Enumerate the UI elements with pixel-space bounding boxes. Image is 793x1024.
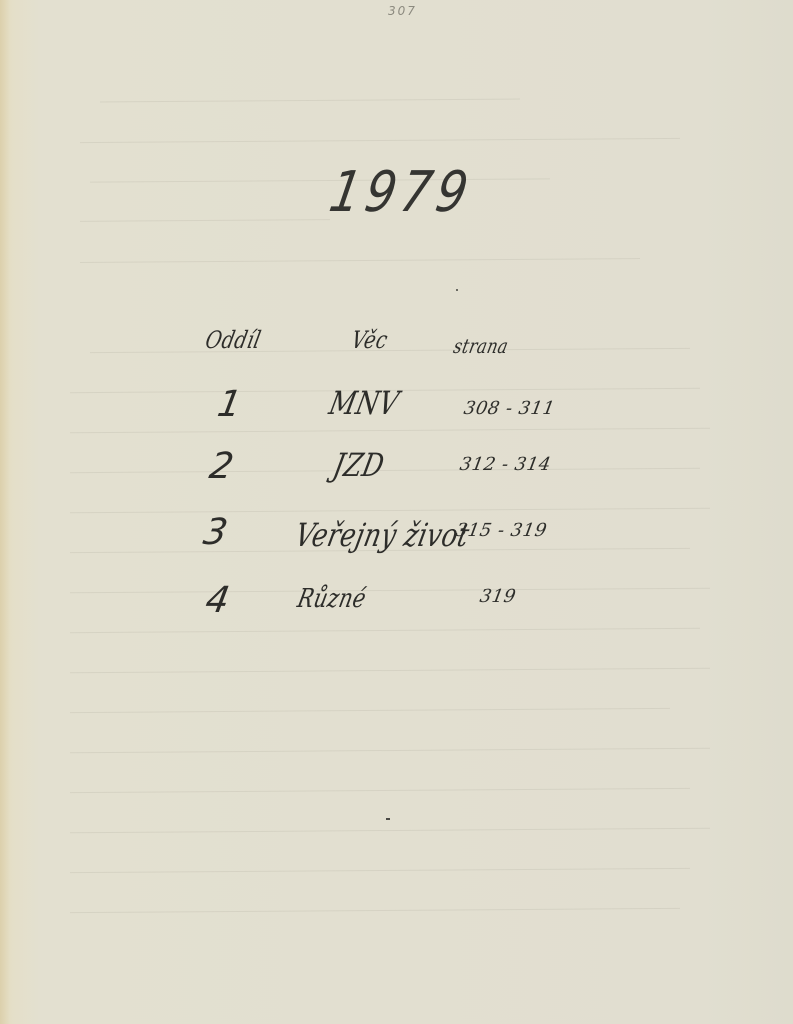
end-mark [386, 818, 390, 820]
row-pages: 312 - 314 [458, 454, 552, 475]
row-pages: 315 - 319 [454, 520, 548, 541]
scanned-chronicle-page: 307 1979 Oddíl Věc strana 1 MNV 308 - 31… [0, 0, 793, 1024]
header-pages: strana [451, 334, 510, 358]
row-section-number: 3 [200, 512, 231, 553]
row-subject: Veřejný život [292, 516, 473, 554]
row-pages: 319 [478, 586, 518, 607]
header-section: Oddíl [203, 326, 264, 354]
header-subject: Věc [349, 326, 390, 354]
binding-shadow [0, 0, 10, 1024]
row-pages: 308 - 311 [462, 398, 556, 419]
row-subject: JZD [330, 446, 388, 484]
page-number: 307 [388, 4, 417, 18]
row-subject: Různé [295, 584, 369, 614]
ink-speck [456, 289, 458, 291]
row-section-number: 1 [214, 384, 245, 425]
year-heading: 1979 [325, 160, 478, 225]
row-section-number: 2 [206, 446, 237, 487]
row-subject: MNV [326, 384, 402, 422]
row-section-number: 4 [202, 580, 233, 621]
